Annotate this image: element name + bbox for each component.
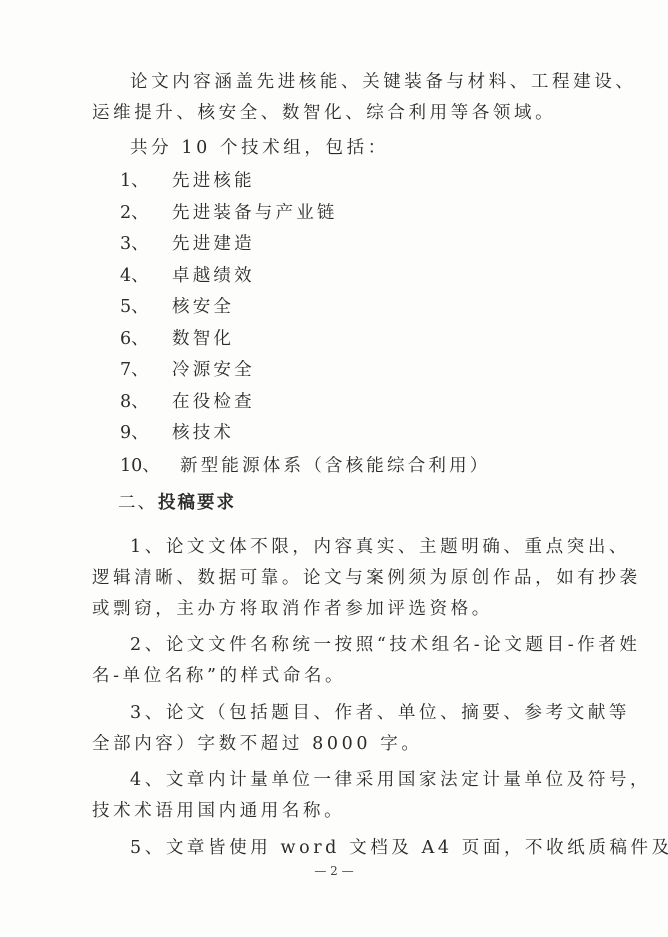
requirement-3-line-1: 3、论文（包括题目、作者、单位、摘要、参考文献等 <box>130 702 630 724</box>
list-item: 7、冷源安全 <box>120 359 620 381</box>
list-label: 数智化 <box>172 329 234 349</box>
list-item: 10、新型能源体系（含核能综合利用） <box>120 455 620 477</box>
list-number: 10、 <box>120 455 180 477</box>
requirement-5-line-1: 5、文章皆使用 word 文档及 A4 页面，不收纸质稿件及 <box>130 837 630 859</box>
list-number: 7、 <box>120 359 172 381</box>
requirement-2-line-1: 2、论文文件名称统一按照“技术组名-论文题目-作者姓 <box>130 634 630 656</box>
section-heading: 二、投稿要求 <box>118 492 618 514</box>
list-number: 3、 <box>120 233 172 255</box>
section-title: 投稿要求 <box>158 493 236 513</box>
list-label: 卓越绩效 <box>172 266 255 286</box>
list-label: 先进建造 <box>172 234 255 254</box>
section-number: 二、 <box>118 492 158 514</box>
list-number: 5、 <box>120 296 172 318</box>
list-label: 冷源安全 <box>172 360 255 380</box>
intro-paragraph-line-1: 论文内容涵盖先进核能、关键装备与材料、工程建设、 <box>130 71 630 93</box>
list-label: 在役检查 <box>172 392 255 412</box>
list-label: 先进装备与产业链 <box>172 203 338 223</box>
list-label: 先进核能 <box>172 171 255 191</box>
requirement-1-line-2: 逻辑清晰、数据可靠。论文与案例须为原创作品，如有抄袭 <box>92 567 592 589</box>
requirement-4-line-1: 4、文章内计量单位一律采用国家法定计量单位及符号， <box>130 769 630 791</box>
list-item: 9、核技术 <box>120 422 620 444</box>
list-item: 4、卓越绩效 <box>120 265 620 287</box>
list-item: 5、核安全 <box>120 296 620 318</box>
list-item: 1、先进核能 <box>120 170 620 192</box>
list-number: 9、 <box>120 422 172 444</box>
requirement-4-line-2: 技术术语用国内通用名称。 <box>92 800 592 822</box>
requirement-2-line-2: 名-单位名称”的样式命名。 <box>92 665 592 687</box>
list-label: 核技术 <box>172 423 234 443</box>
document-page: 论文内容涵盖先进核能、关键装备与材料、工程建设、 运维提升、核安全、数智化、综合… <box>0 0 668 937</box>
requirement-1-line-1: 1、论文文体不限，内容真实、主题明确、重点突出、 <box>130 536 630 558</box>
list-label: 新型能源体系（含核能综合利用） <box>180 456 491 476</box>
list-number: 1、 <box>120 170 172 192</box>
list-item: 6、数智化 <box>120 328 620 350</box>
list-item: 2、先进装备与产业链 <box>120 202 620 224</box>
list-number: 8、 <box>120 391 172 413</box>
list-item: 3、先进建造 <box>120 233 620 255</box>
intro-paragraph-line-2: 运维提升、核安全、数智化、综合利用等各领域。 <box>92 102 592 124</box>
list-number: 6、 <box>120 328 172 350</box>
list-number: 4、 <box>120 265 172 287</box>
list-label: 核安全 <box>172 297 234 317</box>
requirement-1-line-3: 或剽窃，主办方将取消作者参加评选资格。 <box>92 598 592 620</box>
list-number: 2、 <box>120 202 172 224</box>
page-number: — 2 — <box>0 864 668 878</box>
groups-intro: 共分 10 个技术组，包括： <box>130 137 630 159</box>
requirement-3-line-2: 全部内容）字数不超过 8000 字。 <box>92 733 592 755</box>
list-item: 8、在役检查 <box>120 391 620 413</box>
